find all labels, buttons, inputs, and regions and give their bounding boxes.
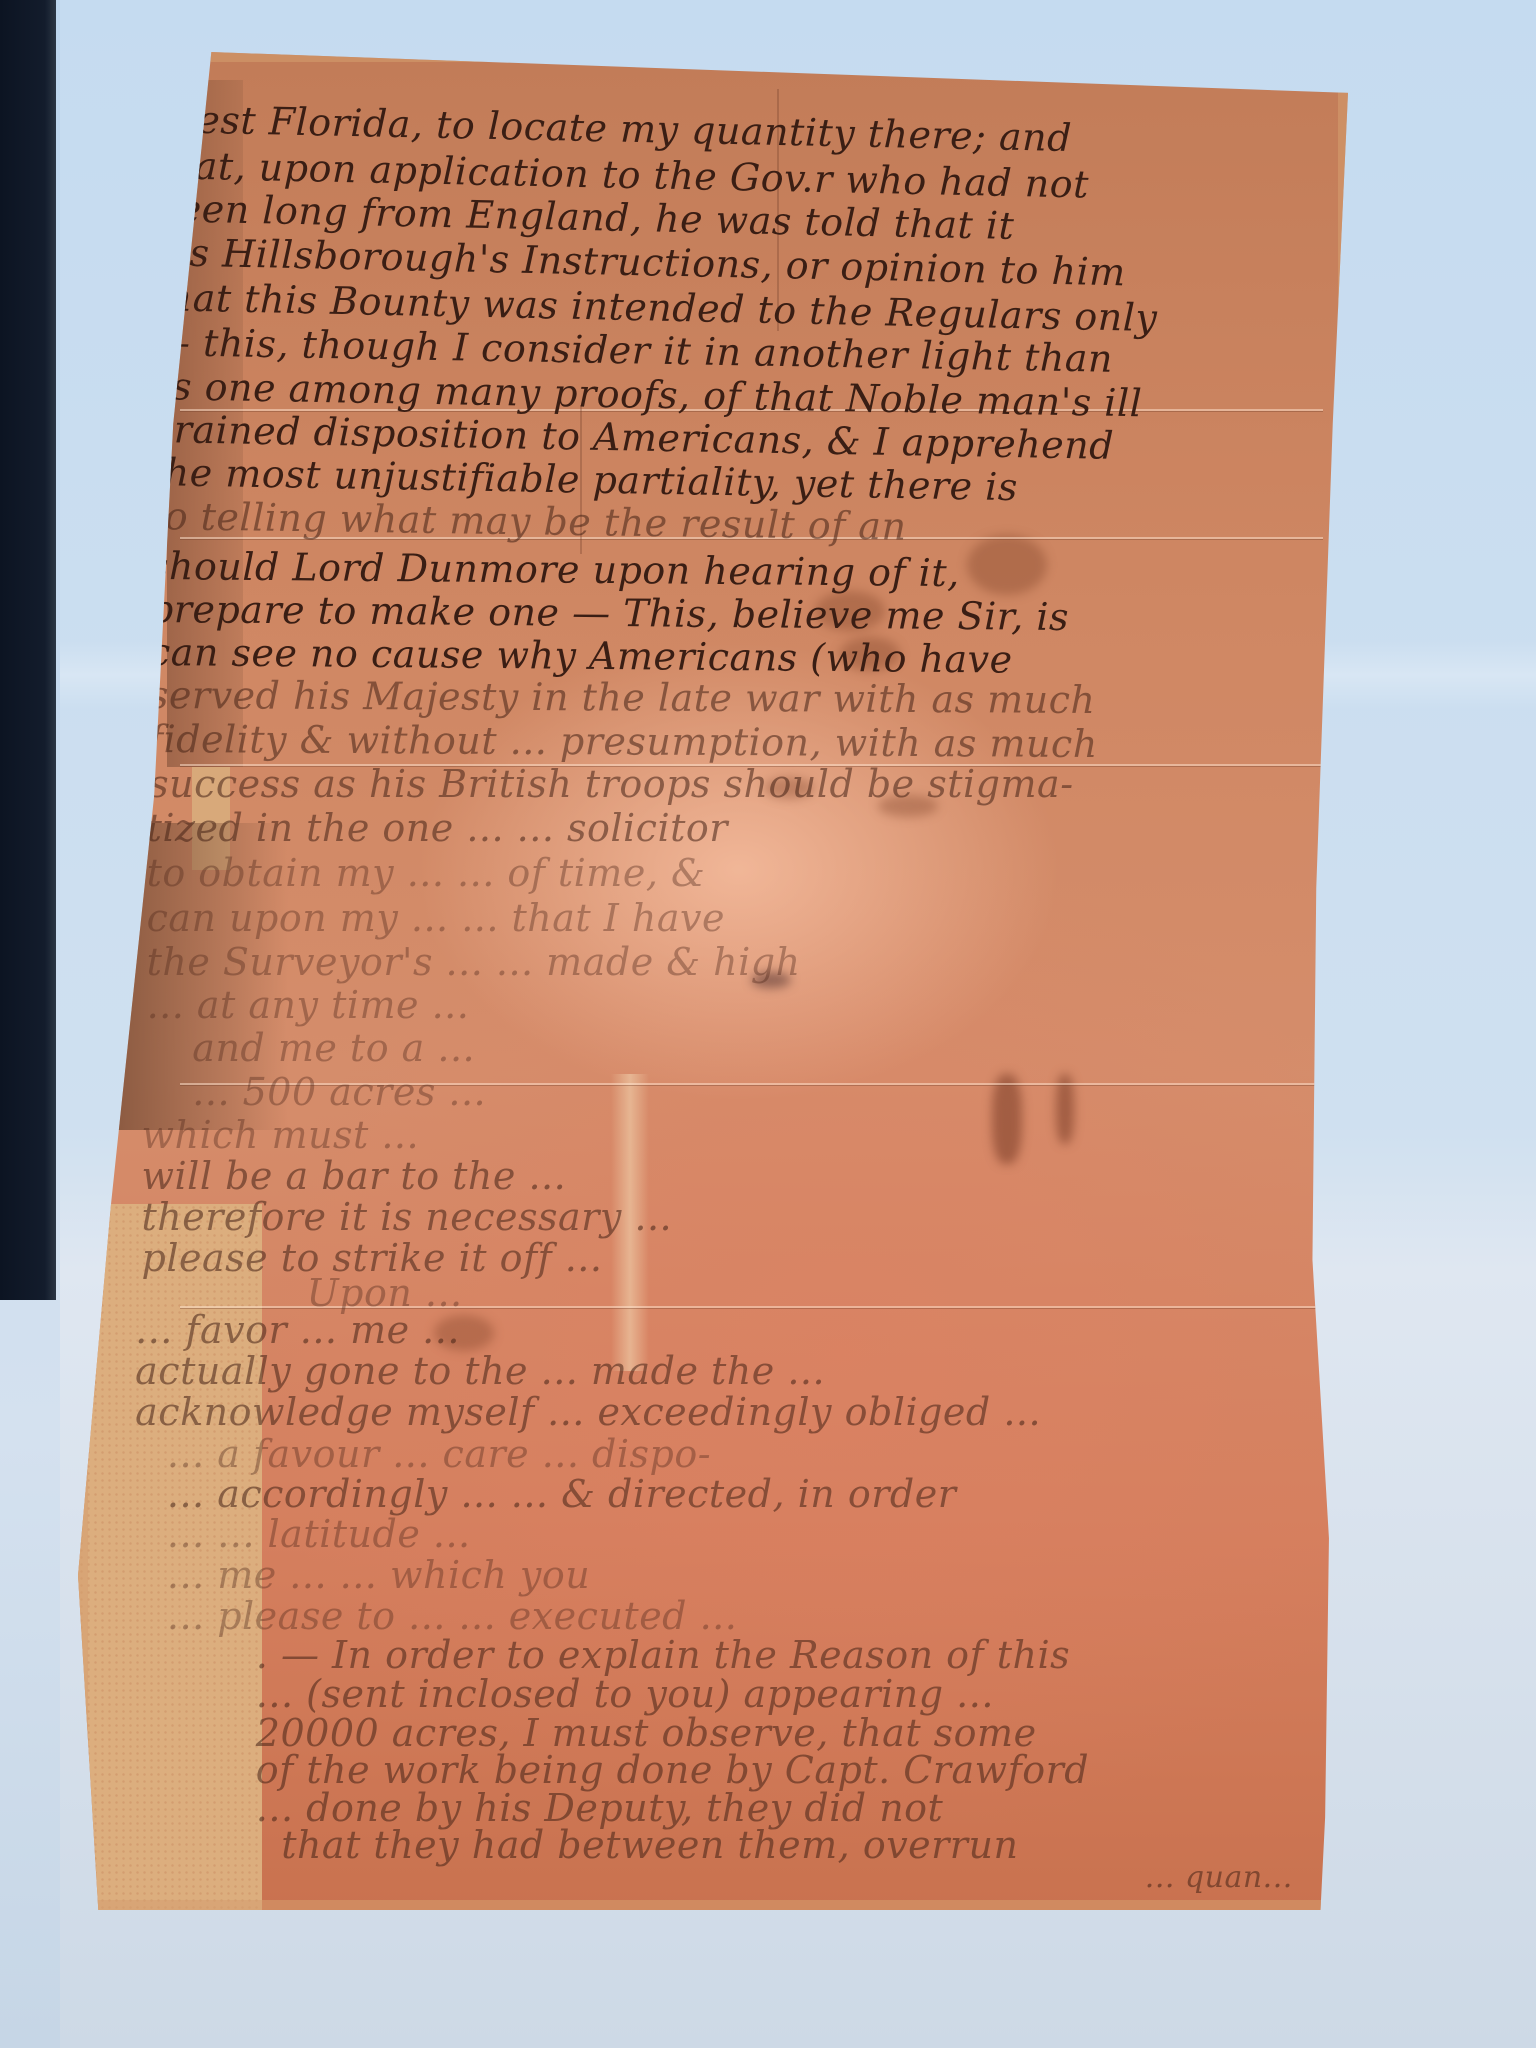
- manuscript-page: West Florida, to locate my quantity ther…: [78, 52, 1348, 1910]
- paper-edge: [78, 52, 1348, 1910]
- desk-edge: [0, 0, 56, 1300]
